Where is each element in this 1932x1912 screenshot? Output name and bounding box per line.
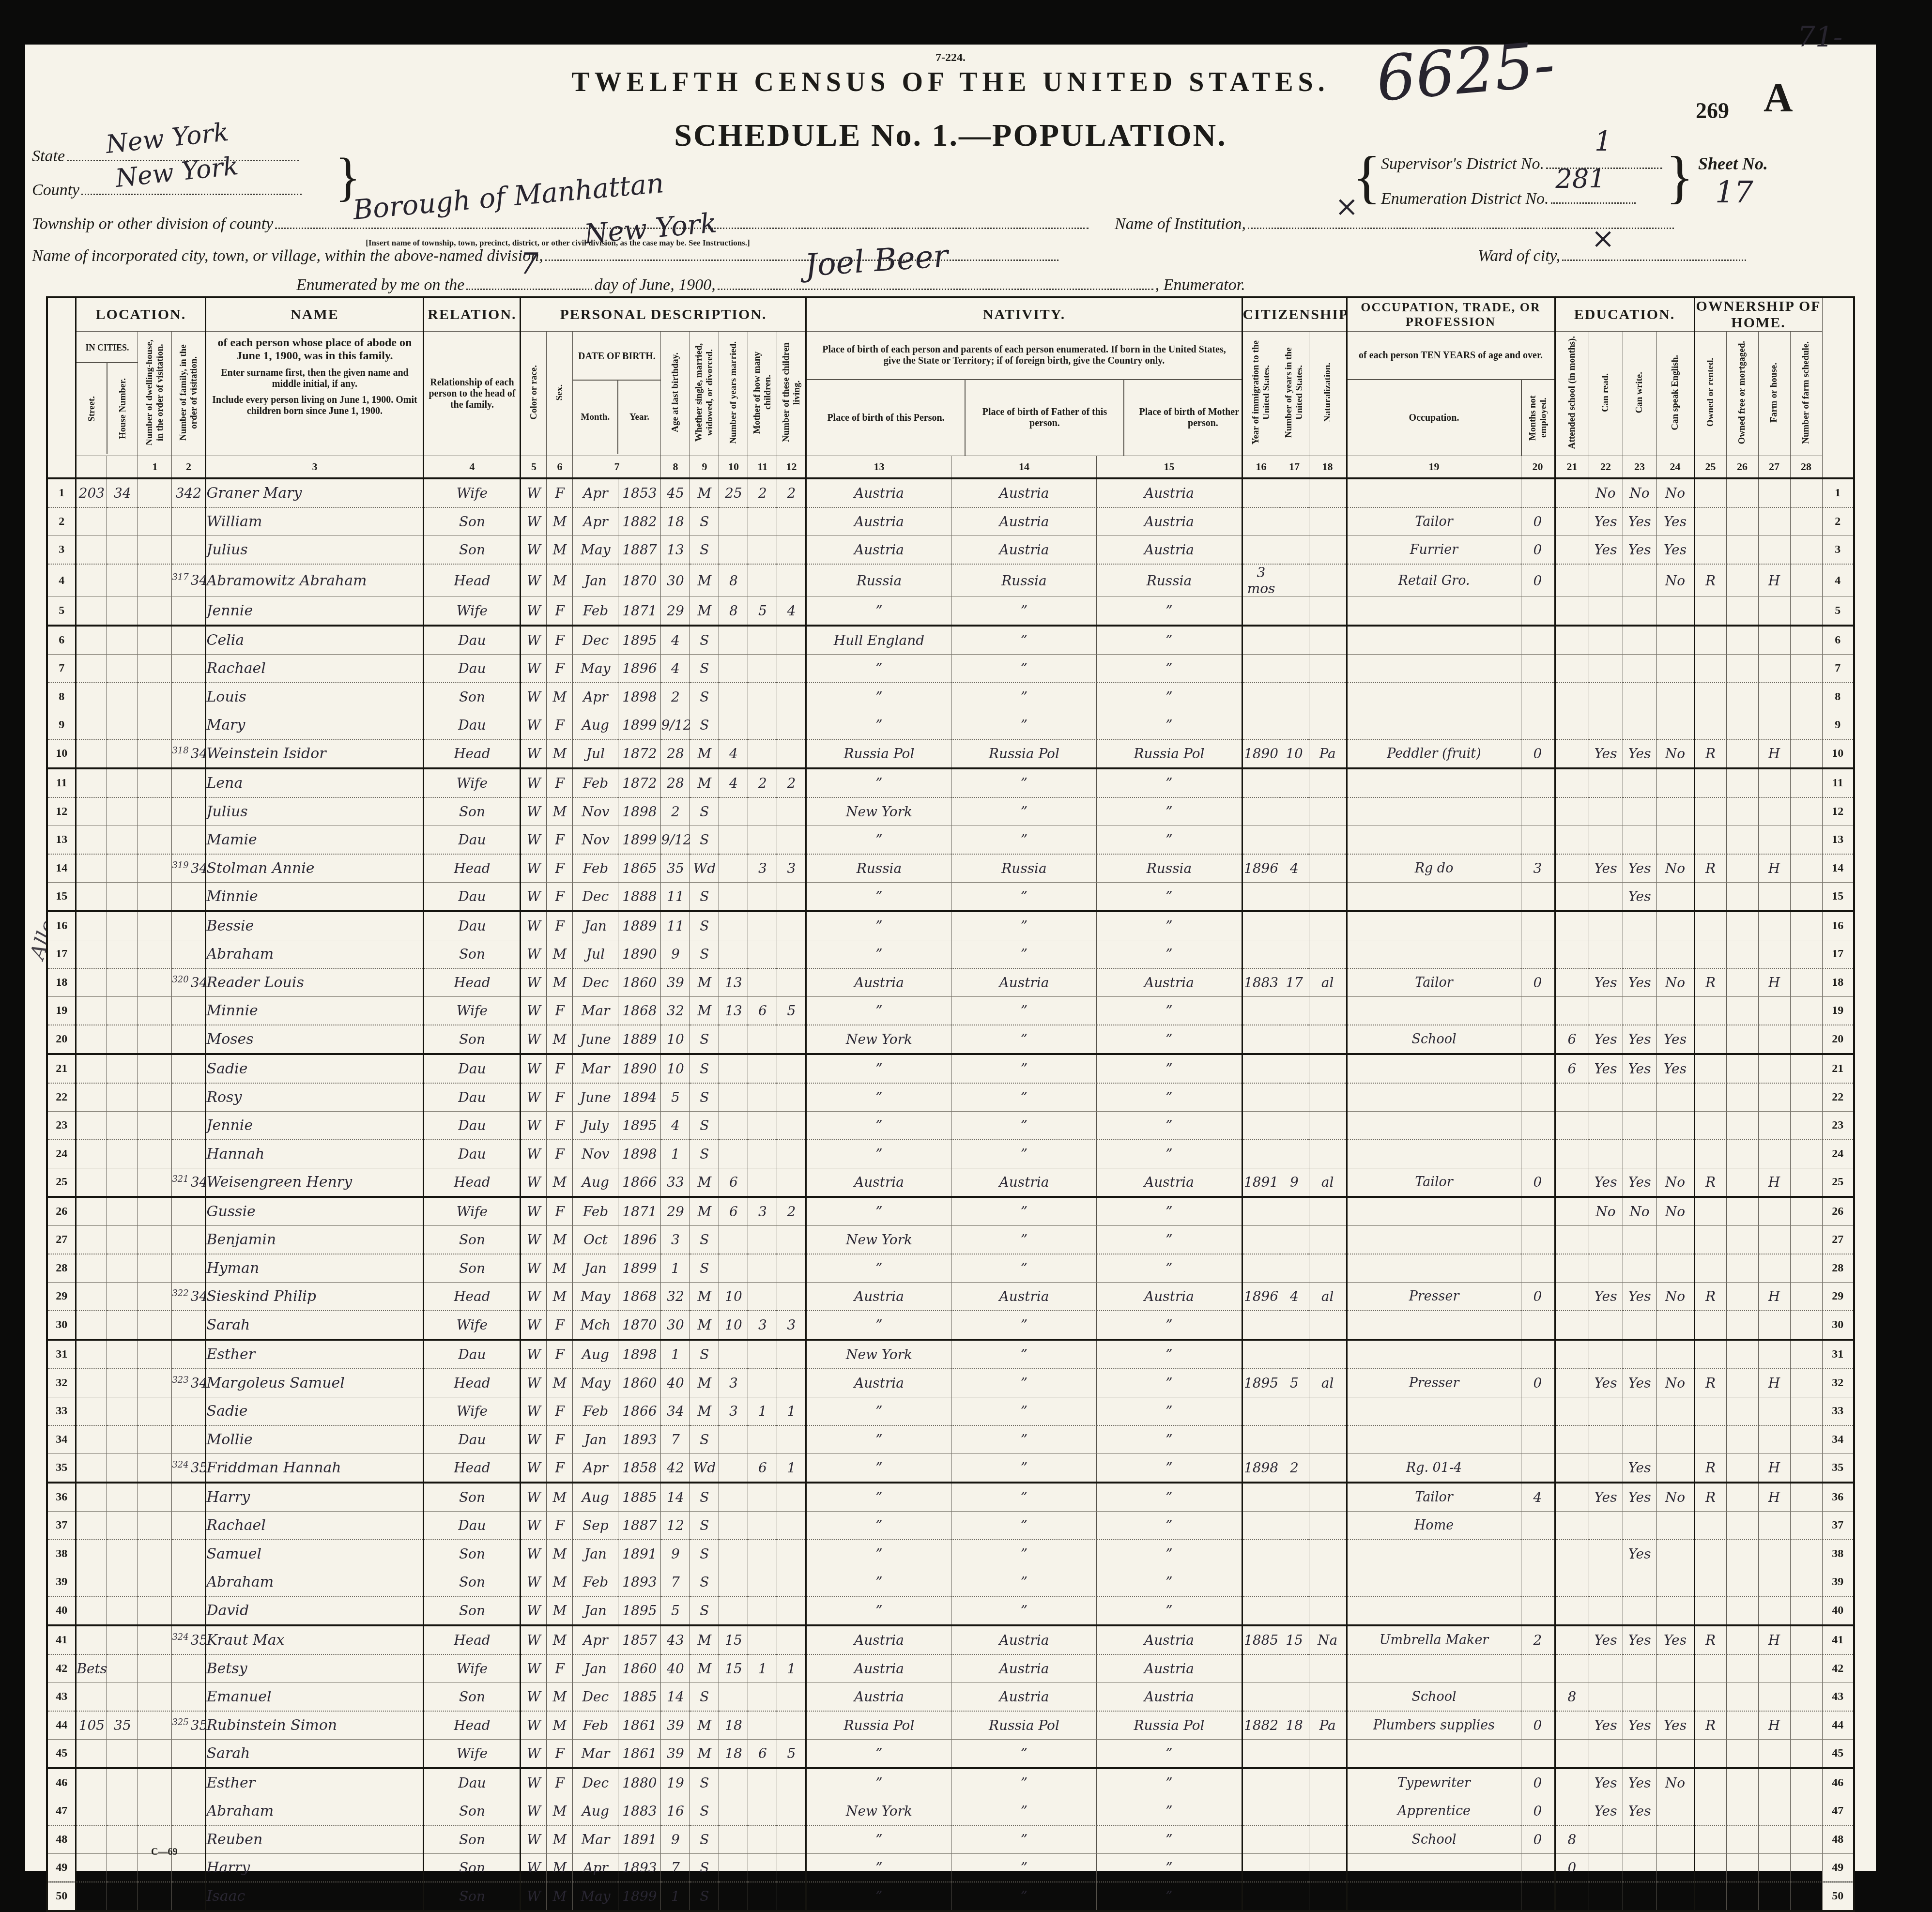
cell-im <box>1242 1740 1280 1769</box>
cell-pm: Austria <box>1097 1168 1242 1197</box>
cell-ns <box>1790 1025 1822 1054</box>
cell-oc <box>1347 1112 1521 1140</box>
family-number-correction: 322 <box>172 1288 188 1299</box>
enumeration-district-value: 281 <box>1556 164 1606 194</box>
cell-mo: Jan <box>573 1596 618 1625</box>
cell-mo: Aug <box>573 1797 618 1826</box>
row-number-right: 46 <box>1822 1768 1854 1797</box>
cell-fr <box>1726 1540 1758 1568</box>
cell-st <box>76 1083 107 1112</box>
cell-im <box>1242 1825 1280 1854</box>
cell-fm <box>172 1654 206 1683</box>
cell-nm: Jennie <box>206 1112 424 1140</box>
cell-nat <box>1309 626 1347 655</box>
cell-ms: S <box>690 1825 719 1854</box>
cell-dw <box>138 1854 172 1882</box>
cell-pf: ” <box>951 1797 1097 1826</box>
cell-nat <box>1309 507 1347 536</box>
cell-st <box>76 626 107 655</box>
cell-im <box>1242 1882 1280 1901</box>
cell-ow: R <box>1694 968 1726 997</box>
num-11: 11 <box>748 456 777 479</box>
row-number-left: 18 <box>47 968 76 997</box>
cell-fh: H <box>1758 1283 1790 1311</box>
cell-en <box>1656 1083 1694 1112</box>
cell-dw <box>138 1540 172 1568</box>
cell-yr: 1889 <box>618 1025 661 1054</box>
cell-c: W <box>521 626 547 655</box>
nativity-block: Place of birth of each person and parent… <box>806 332 1242 456</box>
cell-ym <box>719 883 748 912</box>
cell-oc: Presser <box>1347 1283 1521 1311</box>
cell-fm <box>172 1797 206 1826</box>
cell-rel: Dau <box>424 883 521 912</box>
cell-ag: 3 <box>661 1226 690 1254</box>
cell-cl <box>777 711 806 740</box>
cell-rel: Son <box>424 1596 521 1625</box>
cell-st <box>76 1112 107 1140</box>
cell-nat <box>1309 1311 1347 1340</box>
cell-c: W <box>521 1083 547 1112</box>
cell-ms: S <box>690 683 719 711</box>
supervisors-district-line: Supervisor's District No. 1 <box>1381 155 1662 173</box>
cell-ag: 32 <box>661 1283 690 1311</box>
col-street-house: IN CITIES. Street. House Number. <box>76 332 138 456</box>
cell-rd: Yes <box>1589 1369 1623 1397</box>
cell-ns <box>1790 1140 1822 1168</box>
cell-cl <box>777 1025 806 1054</box>
cell-im <box>1242 507 1280 536</box>
cell-yu: 5 <box>1280 1369 1309 1397</box>
cell-mc <box>748 1512 777 1540</box>
cell-rel: Wife <box>424 1740 521 1769</box>
cell-ag: 40 <box>661 1654 690 1683</box>
cell-dw <box>138 1483 172 1512</box>
cell-wr <box>1623 911 1656 940</box>
col-marital: Whether single, married, widowed, or div… <box>690 332 719 456</box>
cell-rd <box>1589 1882 1623 1901</box>
cell-st <box>76 997 107 1025</box>
col-color: Color or race. <box>521 332 547 456</box>
cell-yr: 1882 <box>618 507 661 536</box>
cell-mo: Jan <box>573 911 618 940</box>
cell-hs <box>107 1596 138 1625</box>
cell-ow <box>1694 1140 1726 1168</box>
cell-c: W <box>521 1025 547 1054</box>
cell-en <box>1656 1140 1694 1168</box>
cell-fr <box>1726 1568 1758 1597</box>
cell-ag: 5 <box>661 1596 690 1625</box>
cell-ym: 15 <box>719 1654 748 1683</box>
cell-mu <box>1521 655 1555 683</box>
cell-pm: ” <box>1097 997 1242 1025</box>
cell-hs <box>107 768 138 797</box>
row-number-right: 19 <box>1822 997 1854 1025</box>
cell-yu <box>1280 883 1309 912</box>
cell-c: W <box>521 1768 547 1797</box>
cell-fm <box>172 683 206 711</box>
num-28: 28 <box>1790 456 1822 479</box>
cell-fm <box>172 1311 206 1340</box>
cell-fr <box>1726 507 1758 536</box>
cell-fm <box>172 1397 206 1426</box>
cell-sc <box>1555 739 1589 768</box>
cell-fh <box>1758 597 1790 626</box>
cell-yu <box>1280 1340 1309 1369</box>
cell-ns <box>1790 507 1822 536</box>
row-number-right: 27 <box>1822 1226 1854 1254</box>
cell-s: M <box>547 1369 573 1397</box>
col-naturalization: Naturalization. <box>1309 332 1347 456</box>
cell-en: No <box>1656 854 1694 883</box>
census-row: 5JennieWifeWFFeb187129M854”””5 <box>47 597 1854 626</box>
cell-im: 3 mos <box>1242 564 1280 597</box>
cell-fr <box>1726 768 1758 797</box>
cell-ms: M <box>690 1197 719 1226</box>
cell-mc <box>748 1025 777 1054</box>
census-row: 26GussieWifeWFFeb187129M632”””NoNoNo26 <box>47 1197 1854 1226</box>
cell-en <box>1656 626 1694 655</box>
institution-label: Name of Institution, <box>1115 215 1246 233</box>
cell-pb: Austria <box>806 1625 951 1654</box>
cell-fh <box>1758 883 1790 912</box>
cell-mu <box>1521 1882 1555 1901</box>
cell-hs <box>107 1512 138 1540</box>
cell-pf: ” <box>951 1825 1097 1854</box>
row-number-left: 32 <box>47 1369 76 1397</box>
cell-sc <box>1555 655 1589 683</box>
cell-ym <box>719 911 748 940</box>
cell-ag: 14 <box>661 1683 690 1712</box>
census-row: 13MamieDauWFNov18999/12S”””13 <box>47 826 1854 855</box>
cell-hs <box>107 826 138 855</box>
cell-mo: Aug <box>573 711 618 740</box>
cell-ns <box>1790 683 1822 711</box>
cell-wr <box>1623 1740 1656 1769</box>
census-row: 6CeliaDauWFDec18954SHull England””6 <box>47 626 1854 655</box>
cell-cl <box>777 1568 806 1597</box>
cell-ms: S <box>690 1025 719 1054</box>
cell-ns <box>1790 478 1822 507</box>
cell-ms: S <box>690 536 719 565</box>
row-number-right: 18 <box>1822 968 1854 997</box>
cell-ag: 7 <box>661 1425 690 1454</box>
cell-sc <box>1555 1083 1589 1112</box>
cell-pf: ” <box>951 626 1097 655</box>
num-18: 18 <box>1309 456 1347 479</box>
cell-cl <box>777 507 806 536</box>
cell-wr: Yes <box>1623 507 1656 536</box>
cell-nm: Moses <box>206 1025 424 1054</box>
cell-c: W <box>521 507 547 536</box>
cell-hs <box>107 883 138 912</box>
cell-rd: Yes <box>1589 536 1623 565</box>
cell-c: W <box>521 968 547 997</box>
cell-im <box>1242 1512 1280 1540</box>
cell-nm: Margoleus Samuel <box>206 1369 424 1397</box>
cell-pb: ” <box>806 683 951 711</box>
cell-pb: ” <box>806 597 951 626</box>
cell-en <box>1656 826 1694 855</box>
cell-yu <box>1280 1054 1309 1083</box>
cell-c: W <box>521 1283 547 1311</box>
cell-sc <box>1555 968 1589 997</box>
cell-rd <box>1589 768 1623 797</box>
cell-pf: ” <box>951 826 1097 855</box>
cell-ow: R <box>1694 1168 1726 1197</box>
cell-yr: 1890 <box>618 1054 661 1083</box>
cell-c: W <box>521 1683 547 1712</box>
cell-fm: 320346 <box>172 968 206 997</box>
cell-mo: Sep <box>573 1512 618 1540</box>
cell-fm: 325352 <box>172 1711 206 1740</box>
cell-oc <box>1347 626 1521 655</box>
cell-st <box>76 768 107 797</box>
cell-nm: Rachael <box>206 655 424 683</box>
cell-s: F <box>547 768 573 797</box>
cell-fm: 324350 <box>172 1454 206 1483</box>
cell-sc <box>1555 797 1589 826</box>
cell-ym: 13 <box>719 997 748 1025</box>
cell-ms: Wd <box>690 1454 719 1483</box>
cell-ym <box>719 1512 748 1540</box>
cell-ow <box>1694 1768 1726 1797</box>
cell-ym <box>719 536 748 565</box>
cell-ms: M <box>690 1740 719 1769</box>
cell-im <box>1242 597 1280 626</box>
cell-hs <box>107 683 138 711</box>
cell-pm: Austria <box>1097 1283 1242 1311</box>
cell-dw <box>138 997 172 1025</box>
cell-pf: ” <box>951 1311 1097 1340</box>
cell-cl <box>777 1540 806 1568</box>
cell-c: W <box>521 1882 547 1901</box>
cell-fr <box>1726 478 1758 507</box>
cell-cl <box>777 655 806 683</box>
cell-pb: ” <box>806 711 951 740</box>
cell-rd <box>1589 1083 1623 1112</box>
cell-hs: 34 <box>107 478 138 507</box>
group-occupation: OCCUPATION, TRADE, OR PROFESSION <box>1347 297 1555 332</box>
cell-yu <box>1280 1425 1309 1454</box>
cell-dw <box>138 968 172 997</box>
cell-s: M <box>547 797 573 826</box>
cell-cl <box>777 626 806 655</box>
cell-cl <box>777 564 806 597</box>
cell-nm: Mary <box>206 711 424 740</box>
cell-nat <box>1309 940 1347 969</box>
col-occupation: Occupation. <box>1348 380 1522 456</box>
cell-oc <box>1347 1054 1521 1083</box>
cell-dw <box>138 1397 172 1426</box>
cell-st <box>76 940 107 969</box>
cell-mo: Dec <box>573 968 618 997</box>
cell-hs <box>107 1311 138 1340</box>
cell-st <box>76 1882 107 1901</box>
cell-ag: 14 <box>661 1483 690 1512</box>
census-row: 48ReubenSonWMMar18919S”””School0848 <box>47 1825 1854 1854</box>
cell-ag: 9/12 <box>661 711 690 740</box>
cell-hs <box>107 564 138 597</box>
cell-oc: Tailor <box>1347 1483 1521 1512</box>
cell-pm: ” <box>1097 655 1242 683</box>
cell-st <box>76 1283 107 1311</box>
cell-nat <box>1309 1197 1347 1226</box>
cell-ow: R <box>1694 564 1726 597</box>
cell-ns <box>1790 655 1822 683</box>
cell-yu <box>1280 711 1309 740</box>
cell-wr <box>1623 1340 1656 1369</box>
cell-pb: ” <box>806 1512 951 1540</box>
cell-rd: Yes <box>1589 1768 1623 1797</box>
cell-ow: R <box>1694 1283 1726 1311</box>
cell-fh <box>1758 1825 1790 1854</box>
cell-pf: Austria <box>951 1168 1097 1197</box>
row-number-right: 17 <box>1822 940 1854 969</box>
row-number-right: 8 <box>1822 683 1854 711</box>
cell-mo: Nov <box>573 1140 618 1168</box>
cell-im <box>1242 1397 1280 1426</box>
cell-pb: Austria <box>806 507 951 536</box>
cell-dw <box>138 1140 172 1168</box>
cell-cl <box>777 739 806 768</box>
cell-pm: Austria <box>1097 536 1242 565</box>
row-number-left: 22 <box>47 1083 76 1112</box>
cell-en <box>1656 1226 1694 1254</box>
cell-yr: 1895 <box>618 1596 661 1625</box>
cell-ow <box>1694 626 1726 655</box>
cell-fr <box>1726 1254 1758 1283</box>
cell-pf: Russia Pol <box>951 739 1097 768</box>
cell-cl: 2 <box>777 768 806 797</box>
cell-st <box>76 1425 107 1454</box>
cell-ym <box>719 1112 748 1140</box>
cell-fm <box>172 1512 206 1540</box>
cell-sc <box>1555 536 1589 565</box>
census-row: 34MollieDauWFJan18937S”””34 <box>47 1425 1854 1454</box>
cell-fh <box>1758 1025 1790 1054</box>
census-title: TWELFTH CENSUS OF THE UNITED STATES. <box>571 67 1329 98</box>
cell-ns <box>1790 1568 1822 1597</box>
cell-ms: S <box>690 1854 719 1882</box>
cell-ms: S <box>690 1512 719 1540</box>
cell-rd <box>1589 1512 1623 1540</box>
row-number-left: 17 <box>47 940 76 969</box>
cell-oc: Tailor <box>1347 1168 1521 1197</box>
cell-s: F <box>547 1397 573 1426</box>
cell-fm <box>172 1540 206 1568</box>
cell-rd: No <box>1589 478 1623 507</box>
cell-sc <box>1555 1226 1589 1254</box>
sheet-value: 17 <box>1715 174 1753 210</box>
cell-ms: S <box>690 1112 719 1140</box>
cell-s: M <box>547 940 573 969</box>
cell-ag: 1 <box>661 1140 690 1168</box>
cell-nm: Isaac <box>206 1882 424 1901</box>
cell-rd <box>1589 1254 1623 1283</box>
cell-mu <box>1521 1197 1555 1226</box>
cell-ym: 8 <box>719 564 748 597</box>
cell-pb: New York <box>806 1797 951 1826</box>
cell-fm <box>172 711 206 740</box>
row-number-left: 14 <box>47 854 76 883</box>
cell-nm: Weisengreen Henry <box>206 1168 424 1197</box>
cell-yu <box>1280 1683 1309 1712</box>
cell-mc <box>748 883 777 912</box>
census-row: 9MaryDauWFAug18999/12S”””9 <box>47 711 1854 740</box>
cell-ns <box>1790 1512 1822 1540</box>
cell-mc <box>748 739 777 768</box>
cell-ms: Wd <box>690 854 719 883</box>
census-row: 42BetsyBetsyWifeWFJan186040M1511AustriaA… <box>47 1654 1854 1683</box>
cell-rel: Son <box>424 1882 521 1901</box>
cell-ow <box>1694 1311 1726 1340</box>
cell-ms: M <box>690 768 719 797</box>
cell-ns <box>1790 739 1822 768</box>
cell-en <box>1656 768 1694 797</box>
cell-pb: ” <box>806 1882 951 1901</box>
row-number-right: 23 <box>1822 1112 1854 1140</box>
cell-s: M <box>547 1483 573 1512</box>
cell-pb: Austria <box>806 1283 951 1311</box>
enumerator-label: , Enumerator. <box>1155 276 1245 294</box>
cell-rel: Head <box>424 564 521 597</box>
cell-yu <box>1280 1483 1309 1512</box>
cell-yu <box>1280 1083 1309 1112</box>
cell-pm: Austria <box>1097 478 1242 507</box>
cell-pb: ” <box>806 1740 951 1769</box>
cell-ym <box>719 854 748 883</box>
cell-nat <box>1309 1254 1347 1283</box>
cell-im <box>1242 478 1280 507</box>
row-number-right: 28 <box>1822 1254 1854 1283</box>
cell-yr: 1860 <box>618 968 661 997</box>
row-number-left: 6 <box>47 626 76 655</box>
cell-en: No <box>1656 1283 1694 1311</box>
row-number-left: 37 <box>47 1512 76 1540</box>
cell-cl <box>777 1083 806 1112</box>
cell-oc: Typewriter <box>1347 1768 1521 1797</box>
cell-pm: ” <box>1097 1512 1242 1540</box>
cell-nm: Rosy <box>206 1083 424 1112</box>
cell-en: No <box>1656 478 1694 507</box>
cell-hs <box>107 1740 138 1769</box>
cell-yr: 1895 <box>618 1112 661 1140</box>
cell-s: F <box>547 1112 573 1140</box>
row-number-right: 38 <box>1822 1540 1854 1568</box>
census-row: 120334342Graner MaryWifeWFApr185345M2522… <box>47 478 1854 507</box>
row-number-left: 43 <box>47 1683 76 1712</box>
cell-mo: Feb <box>573 1568 618 1597</box>
row-number-right: 4 <box>1822 564 1854 597</box>
cell-nat <box>1309 1140 1347 1168</box>
cell-im <box>1242 626 1280 655</box>
cell-pf: ” <box>951 1568 1097 1597</box>
cell-fr <box>1726 1083 1758 1112</box>
cell-wr <box>1623 1254 1656 1283</box>
cell-oc <box>1347 1311 1521 1340</box>
cell-dw <box>138 1512 172 1540</box>
cell-ym <box>719 1025 748 1054</box>
state-label: State <box>32 147 65 165</box>
num-1: 1 <box>138 456 172 479</box>
cell-en <box>1656 1112 1694 1140</box>
cell-st <box>76 854 107 883</box>
cell-nat: al <box>1309 968 1347 997</box>
cell-nm: Sarah <box>206 1311 424 1340</box>
cell-s: F <box>547 655 573 683</box>
cell-mc: 3 <box>748 1311 777 1340</box>
